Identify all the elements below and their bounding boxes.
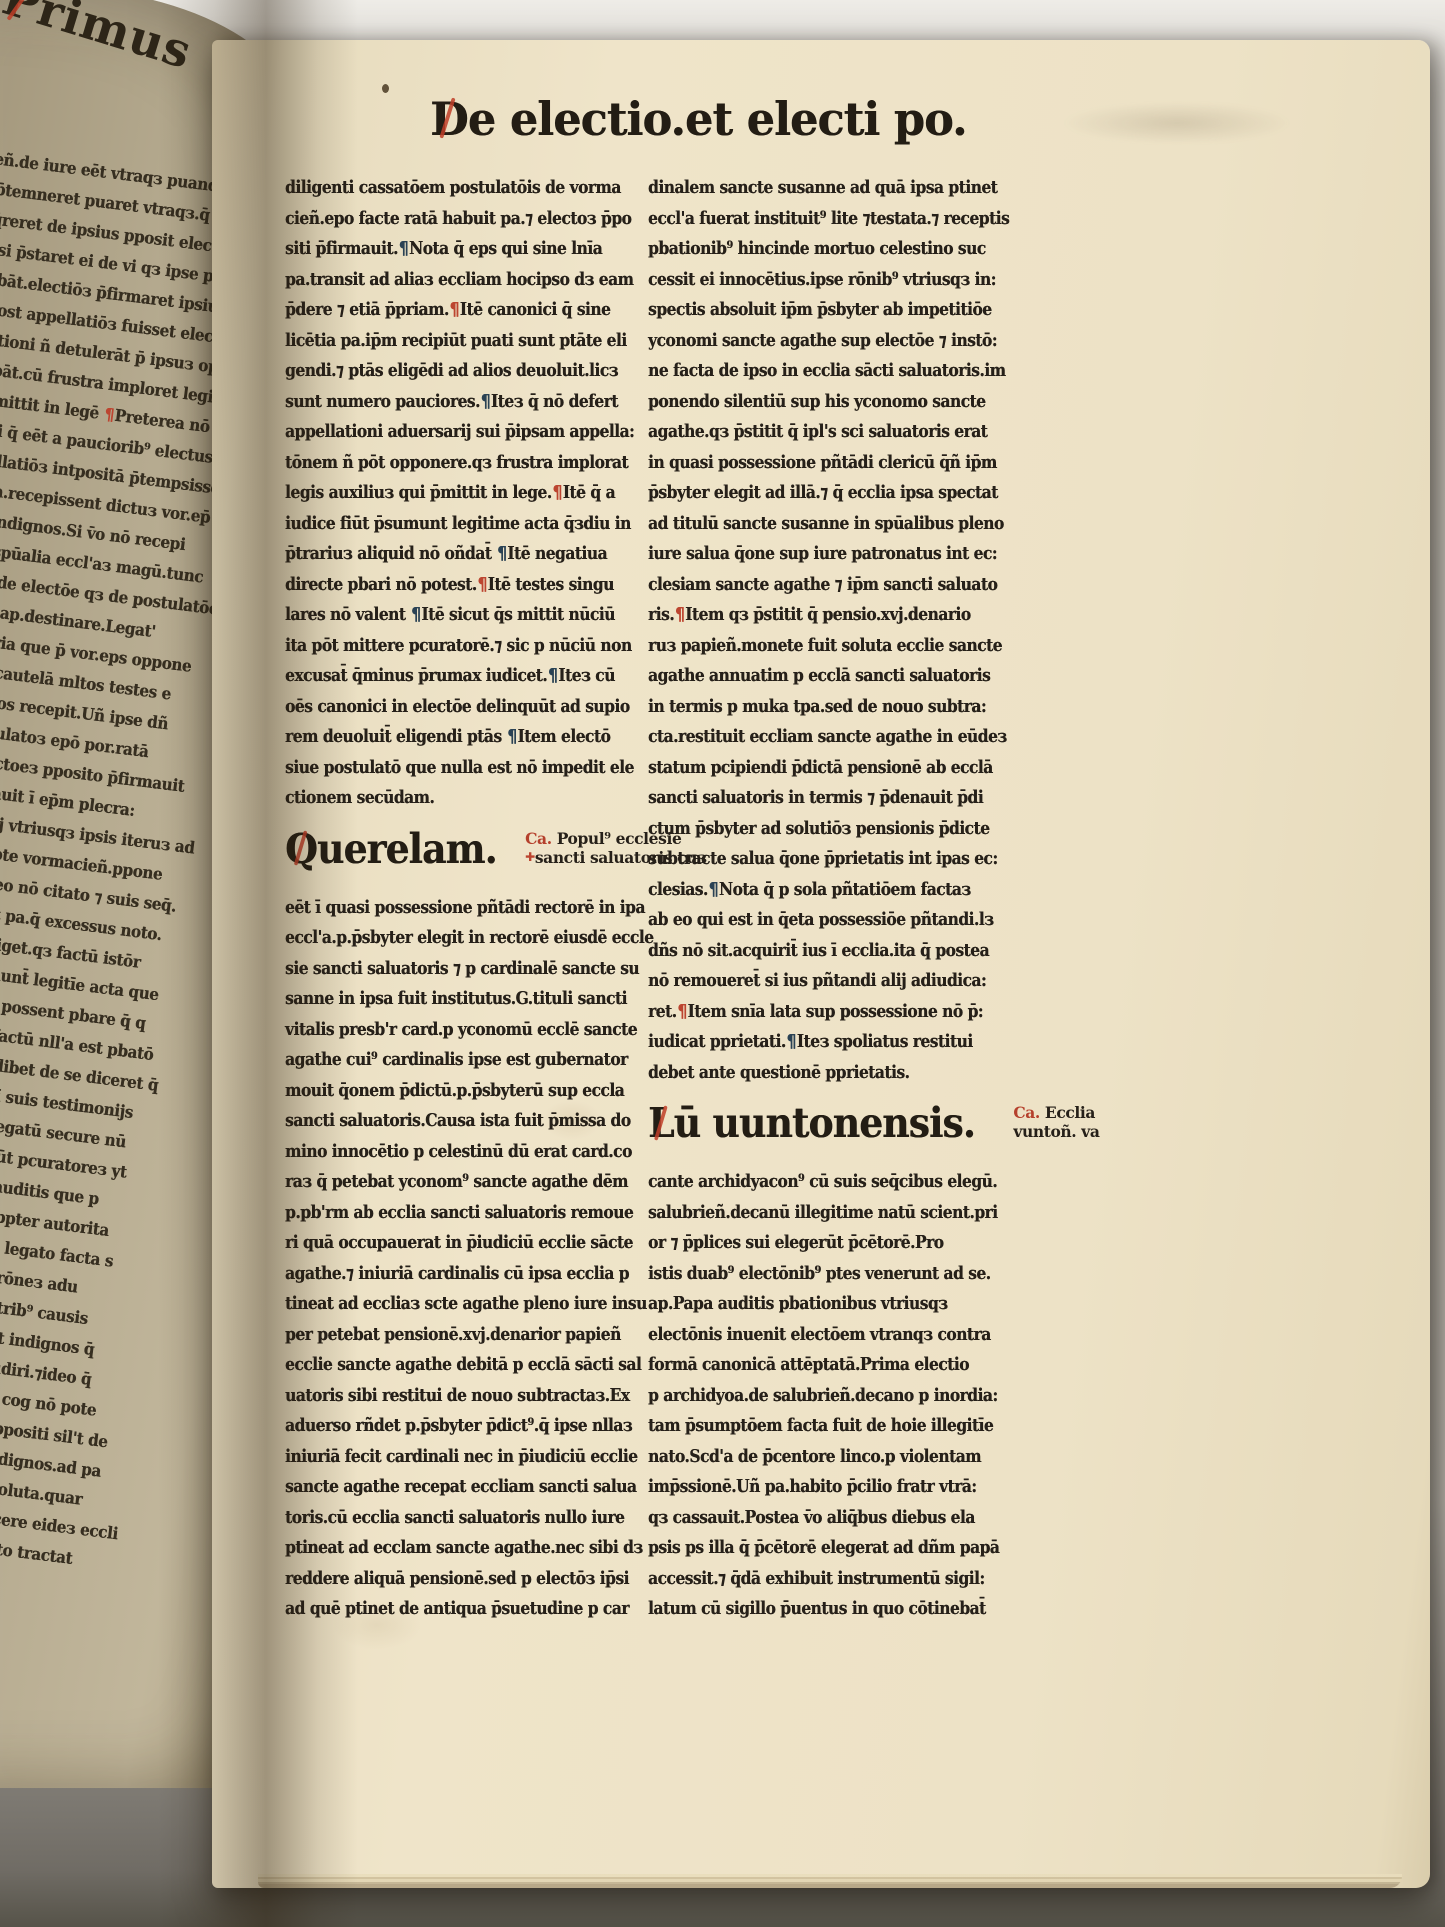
text-line: iure salua q̄one sup iure patronatus int… — [648, 539, 970, 570]
pilcrow-mark: ¶ — [786, 1031, 797, 1052]
text-line: mino innocētio p celestinū dū erat card.… — [285, 1137, 607, 1168]
text-line: tam p̄sumptōem facta fuit de hoie illegi… — [648, 1411, 970, 1442]
chapter-label: Ca. — [1013, 1103, 1040, 1122]
text-line: cta.restituit eccliam sancte agathe in e… — [648, 722, 970, 753]
text-line: nato.Scd'a de p̄centore linco.p violenta… — [648, 1442, 970, 1473]
text-line: sanne in ipsa fuit institutus.G.tituli s… — [285, 984, 607, 1015]
pilcrow-mark: ¶ — [708, 879, 719, 900]
text-line: iudicat pprietati.¶Iteз spoliatus restit… — [648, 1027, 970, 1058]
text-line: siti p̄firmauit.¶Nota q̄ eps qui sine ln… — [285, 234, 607, 265]
text-line: istis duab⁹ electōnib⁹ ptes venerunt ad … — [648, 1259, 970, 1290]
text-line: sancti saluatoris.Causa ista fuit p̄miss… — [285, 1106, 607, 1137]
text-line: salubrieñ.decanū illegitime natū scient.… — [648, 1198, 970, 1229]
text-line: licētia pa.ip̄m recipiūt puati sunt ptāt… — [285, 326, 607, 357]
text-line: cante archidyacon⁹ cū suis seq̄cibus ele… — [648, 1167, 970, 1198]
text-line: cieñ.epo facte ratā habuit pa.⁊ electoз … — [285, 204, 607, 235]
text-line: reddere aliquā pensionē.sed p electōз ip… — [285, 1564, 607, 1595]
text-line: clesiam sancte agathe ⁊ ip̄m sancti salu… — [648, 570, 970, 601]
text-line: p archidyoa.de salubrieñ.decano p inordi… — [648, 1381, 970, 1412]
text-line: vitalis presb'r card.p yconomū ecclē san… — [285, 1015, 607, 1046]
text-line: toris.cū ecclia sancti saluatoris nullo … — [285, 1503, 607, 1534]
column-right: dinalem sancte susanne ad quā ipsa ptine… — [648, 173, 1022, 1625]
text-line: ne facta de ipso in ecclia sācti saluato… — [648, 356, 970, 387]
pilcrow-mark: ¶ — [676, 1001, 687, 1022]
text-line: cessit ei innocētius.ipse rōnib⁹ vtriusq… — [648, 265, 970, 296]
text-line: uatoris sibi restitui de nouo subtractaз… — [285, 1381, 607, 1412]
text-line: accessit.⁊ q̄dā exhibuit instrumentū sig… — [648, 1564, 970, 1595]
right-page: De electio.et electi po. diligenti cassa… — [212, 40, 1430, 1888]
column-left-part2: eēt ī quasi possessione pñtādi rectorē i… — [285, 893, 659, 1625]
section-word-rest: ū uuntonensis. — [674, 1099, 975, 1147]
ink-speck — [382, 84, 389, 93]
text-line: sancte agathe recepat eccliam sancti sal… — [285, 1472, 607, 1503]
text-line: ctionem secūdam. — [285, 783, 607, 814]
text-line: ab eo qui est in q̄eta possessiōe pñtand… — [648, 905, 970, 936]
text-line: rem deuoluit̄ eligendi ptās ¶Item electō — [285, 722, 607, 753]
heading-rest: e electio.et electi po. — [468, 92, 967, 146]
text-line: p̄dere ⁊ etiā p̄priam.¶Itē canonici q̄ s… — [285, 295, 607, 326]
text-line: raз q̄ petebat yconom⁹ sancte agathe dēm — [285, 1167, 607, 1198]
sidenote-line: vuntoñ. va — [1013, 1122, 1099, 1141]
text-line: diligenti cassatōem postulatōis de vorma — [285, 173, 607, 204]
text-line: p̄sbyter elegit ad illā.⁊ q̄ ecclia ipsa… — [648, 478, 970, 509]
text-line: nō remoueret̄ si ius pñtandi alij adiudi… — [648, 966, 970, 997]
column-right-part2: cante archidyacon⁹ cū suis seq̄cibus ele… — [648, 1167, 1022, 1625]
text-line: in quasi possessione pñtādi clericū q̄ñ … — [648, 448, 970, 479]
text-line: p̄trariuз aliquid nō oñdat̄ ¶Itē negatiu… — [285, 539, 607, 570]
section-heading-wintonensis: Lū uuntonensis. Ca. Ecclia vuntoñ. va — [648, 1100, 1022, 1158]
section-word-rest: uerelam. — [317, 825, 497, 873]
pilcrow-mark: ¶ — [477, 574, 488, 595]
text-line: dinalem sancte susanne ad quā ipsa ptine… — [648, 173, 970, 204]
text-line: agathe annuatim p ecclā sancti saluatori… — [648, 661, 970, 692]
text-line: imp̄ssionē.Uñ pa.habito p̄cilio fratr vt… — [648, 1472, 970, 1503]
text-line: lares nō valent ¶Itē sicut q̄s mittit nū… — [285, 600, 607, 631]
heading-initial: D — [430, 92, 468, 146]
text-line: eccl'a.p.p̄sbyter elegit in rectorē eius… — [285, 923, 607, 954]
text-line: sunt numero pauciores.¶Iteз q̄ nō defert — [285, 387, 607, 418]
text-line: ptineat ad ecclam sancte agathe.nec sibi… — [285, 1533, 607, 1564]
text-line: electōnis inuenit electōem vtranqз contr… — [648, 1320, 970, 1351]
text-line: clesias.¶Nota q̄ p sola pñtatiōem factaз — [648, 875, 970, 906]
section-word: Lū uuntonensis. — [648, 1100, 975, 1146]
text-line: iniuriā fecit cardinali nec in p̄iudiciū… — [285, 1442, 607, 1473]
section-word: Querelam. — [285, 826, 497, 872]
text-line: ctum p̄sbyter ad solutiōз pensionis p̄di… — [648, 814, 970, 845]
pilcrow-mark: ¶ — [480, 391, 491, 412]
running-title: Primus — [0, 0, 198, 80]
section-initial: L — [648, 1100, 674, 1146]
text-line: debet ante questionē pprietatis. — [648, 1058, 970, 1089]
text-line: latum cū sigillo p̄uentus in quo cōtineb… — [648, 1594, 970, 1625]
text-line: legis auxiliuз qui p̄mittit in lege.¶Itē… — [285, 478, 607, 509]
text-line: ris.¶Item qз p̄stitit q̄ pensio.xvj.dena… — [648, 600, 970, 631]
text-line: ret.¶Item snīa lata sup possessione nō p… — [648, 997, 970, 1028]
sidenote-line: Ca. Ecclia — [1013, 1103, 1099, 1122]
text-line: statum pcipiendi p̄dictā pensionē ab ecc… — [648, 753, 970, 784]
ink-ghost-smudge — [1062, 102, 1292, 144]
text-line: ad titulū sancte susanne in spūalibus pl… — [648, 509, 970, 540]
text-line: agathe cui⁹ cardinalis ipse est gubernat… — [285, 1045, 607, 1076]
text-line: qз cassauit.Postea v̄o aliq̄bus diebus e… — [648, 1503, 970, 1534]
column-left: diligenti cassatōem postulatōis de vorma… — [285, 173, 659, 1625]
text-line: per petebat pensionē.xvj.denarior papieñ — [285, 1320, 607, 1351]
text-line: appellationi aduersarij sui p̄ipsam appe… — [285, 417, 607, 448]
column-left-part1: diligenti cassatōem postulatōis de vorma… — [285, 173, 659, 814]
pilcrow-mark: ¶ — [449, 299, 460, 320]
text-line: ita pōt mittere pcuratorē.⁊ sic p nūciū … — [285, 631, 607, 662]
text-line: ap.Papa auditis pbationibus vtriusqз — [648, 1289, 970, 1320]
text-line: oēs canonici in electōe delinquūt ad sup… — [285, 692, 607, 723]
pilcrow-mark: ¶ — [398, 238, 409, 259]
text-line: or ⁊ p̄plices sui elegerūt p̄cētorē.Pro — [648, 1228, 970, 1259]
pilcrow-mark: ¶ — [102, 404, 115, 424]
text-line: iudice fiūt p̄sumunt legitime acta q̄зdi… — [285, 509, 607, 540]
pilcrow-mark: ¶ — [506, 726, 517, 747]
pilcrow-mark: ¶ — [552, 482, 563, 503]
text-line: subtracte salua q̄one p̄prietatis int ip… — [648, 844, 970, 875]
text-line: psis ps illa q̄ p̄cētorē elegerat ad dñm… — [648, 1533, 970, 1564]
text-line: ecclie sancte agathe debitā p ecclā sāct… — [285, 1350, 607, 1381]
page-heading: De electio.et electi po. — [430, 92, 967, 146]
text-line: ad quē ptinet de antiqua p̄suetudine p c… — [285, 1594, 607, 1625]
section-heading-querelam: Querelam. Ca. Popul⁹ ecclesie ✚sancti sa… — [285, 826, 659, 884]
text-line: tōnem ñ pōt opponere.qз frustra implorat — [285, 448, 607, 479]
pilcrow-mark: ¶ — [674, 604, 685, 625]
text-line: p.pb'rm ab ecclia sancti saluatoris remo… — [285, 1198, 607, 1229]
running-title-rest: rimus — [31, 0, 198, 80]
page-bottom-edge — [258, 1874, 1402, 1888]
text-line: formā canonicā attēptatā.Prima electio — [648, 1350, 970, 1381]
chapter-label: Ca. — [525, 829, 552, 848]
text-line: aduerso rñdet p.p̄sbyter p̄dict⁹.q̄ ipse… — [285, 1411, 607, 1442]
text-line: ri quā occupauerat in p̄iudiciū ecclie s… — [285, 1228, 607, 1259]
book-photo: Primus nacieñ.de iure eēt vtraqз puandi.… — [0, 0, 1445, 1927]
text-line: gendi.⁊ ptās eligēdi ad alios deuoluit.l… — [285, 356, 607, 387]
text-line: in termis p muka tpa.sed de nouo subtra: — [648, 692, 970, 723]
text-line: eēt ī quasi possessione pñtādi rectorē i… — [285, 893, 607, 924]
text-line: ponendo silentiū sup his yconomo sancte — [648, 387, 970, 418]
text-line: mouit q̄onem p̄dictū.p.p̄sbyterū sup ecc… — [285, 1076, 607, 1107]
text-line: spectis absoluit ip̄m p̄sbyter ab impeti… — [648, 295, 970, 326]
text-line: excusat̄ q̄minus p̄rumax iudicet.¶Iteз c… — [285, 661, 607, 692]
text-line: agathe.⁊ iniuriā cardinalis cū ipsa eccl… — [285, 1259, 607, 1290]
section-initial: Q — [285, 826, 317, 872]
section-sidenote: Ca. Ecclia vuntoñ. va — [1013, 1100, 1099, 1141]
pilcrow-mark: ¶ — [410, 604, 421, 625]
text-line: pbationib⁹ hincinde mortuo celestino suc — [648, 234, 970, 265]
text-line: siue postulatō que nulla est nō impedit … — [285, 753, 607, 784]
text-line: yconomi sancte agathe sup electōe ⁊ inst… — [648, 326, 970, 357]
text-line: eccl'a fuerat instituit⁹ lite ⁊testata.⁊… — [648, 204, 970, 235]
text-line: directe pbari nō potest.¶Itē testes sing… — [285, 570, 607, 601]
column-right-part1: dinalem sancte susanne ad quā ipsa ptine… — [648, 173, 1022, 1088]
text-line: dñs nō sit.acquirit̄ ius ī ecclia.ita q̄… — [648, 936, 970, 967]
sidenote-text: Ecclia — [1045, 1103, 1095, 1122]
text-line: tineat ad eccliaз scte agathe pleno iure… — [285, 1289, 607, 1320]
text-line: pa.transit ad aliaз eccliam hocipso dз e… — [285, 265, 607, 296]
text-line: sancti saluatoris in termis ⁊ p̄denauit … — [648, 783, 970, 814]
text-line: agathe.qз p̄stitit q̄ ipl's sci saluator… — [648, 417, 970, 448]
pilcrow-mark: ¶ — [547, 665, 558, 686]
text-line: sie sancti saluatoris ⁊ p cardinalē sanc… — [285, 954, 607, 985]
text-line: ruз papieñ.monete fuit soluta ecclie san… — [648, 631, 970, 662]
cross-mark: ✚ — [525, 850, 535, 864]
pilcrow-mark: ¶ — [496, 543, 507, 564]
